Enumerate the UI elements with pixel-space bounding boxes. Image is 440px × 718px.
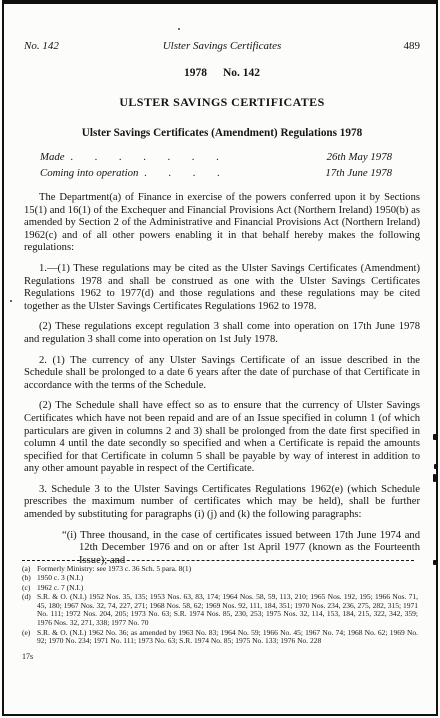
footnote-label: (b)	[22, 574, 37, 583]
footnote-text: 1950 c. 3 (N.I.)	[37, 574, 418, 583]
running-title: Ulster Savings Certificates	[114, 40, 330, 52]
regulation-3: 3. Schedule 3 to the Ulster Savings Cert…	[24, 484, 420, 522]
body-text: The Department(a) of Finance in exercise…	[24, 192, 420, 567]
running-header: No. 142 Ulster Savings Certificates 489	[24, 40, 420, 52]
operation-label: Coming into operation	[40, 167, 138, 179]
operation-date: 17th June 1978	[325, 167, 392, 179]
scan-artifact	[433, 434, 437, 440]
scan-artifact	[434, 464, 437, 469]
footnote-text: S.R. & O. (N.I.) 1952 Nos. 35, 135; 1953…	[37, 593, 418, 628]
footnote-label: (d)	[22, 593, 37, 628]
document-number: No. 142	[24, 40, 114, 52]
made-label: Made	[40, 151, 65, 163]
printer-signature-mark: 17s	[22, 652, 33, 661]
scan-artifact	[433, 560, 437, 565]
footnote-d: (d) S.R. & O. (N.I.) 1952 Nos. 35, 135; …	[22, 593, 418, 628]
statute-number-line: 1978No. 142	[24, 67, 420, 79]
document-page: No. 142 Ulster Savings Certificates 489 …	[0, 0, 440, 718]
scan-artifact	[10, 300, 12, 302]
regulation-title: Ulster Savings Certificates (Amendment) …	[24, 127, 420, 139]
made-date: 26th May 1978	[327, 151, 392, 163]
statute-number: No. 142	[223, 67, 260, 79]
scan-artifact	[178, 28, 180, 30]
coming-into-operation-line: Coming into operation . . . . 17th June …	[40, 167, 392, 179]
main-title: ULSTER SAVINGS CERTIFICATES	[24, 95, 420, 110]
regulation-2-2: (2) The Schedule shall have effect so as…	[24, 400, 420, 476]
footnote-separator	[22, 560, 414, 561]
regulation-1-2: (2) These regulations except regulation …	[24, 321, 420, 346]
preamble-paragraph: The Department(a) of Finance in exercise…	[24, 192, 420, 255]
footnotes-section: (a) Formerly Ministry: see 1973 c. 36 Sc…	[22, 560, 418, 647]
page-number: 489	[330, 40, 420, 52]
statute-year: 1978	[184, 67, 207, 79]
page-content: No. 142 Ulster Savings Certificates 489 …	[24, 40, 420, 575]
made-line: Made . . . . . . . 26th May 1978	[40, 151, 392, 163]
regulation-2-1: 2. (1) The currency of any Ulster Saving…	[24, 355, 420, 393]
scan-artifact	[433, 474, 436, 482]
footnote-label: (e)	[22, 629, 37, 647]
leader-dots: . . . . . . .	[65, 151, 327, 163]
footnote-e: (e) S.R. & O. (N.I.) 1962 No. 36; as ame…	[22, 629, 418, 647]
regulation-1-1: 1.—(1) These regulations may be cited as…	[24, 263, 420, 313]
footnote-text: S.R. & O. (N.I.) 1962 No. 36; as amended…	[37, 629, 418, 647]
footnote-text: Formerly Ministry: see 1973 c. 36 Sch. 5…	[37, 565, 418, 574]
leader-dots: . . . .	[138, 167, 325, 179]
footnote-b: (b) 1950 c. 3 (N.I.)	[22, 574, 418, 583]
